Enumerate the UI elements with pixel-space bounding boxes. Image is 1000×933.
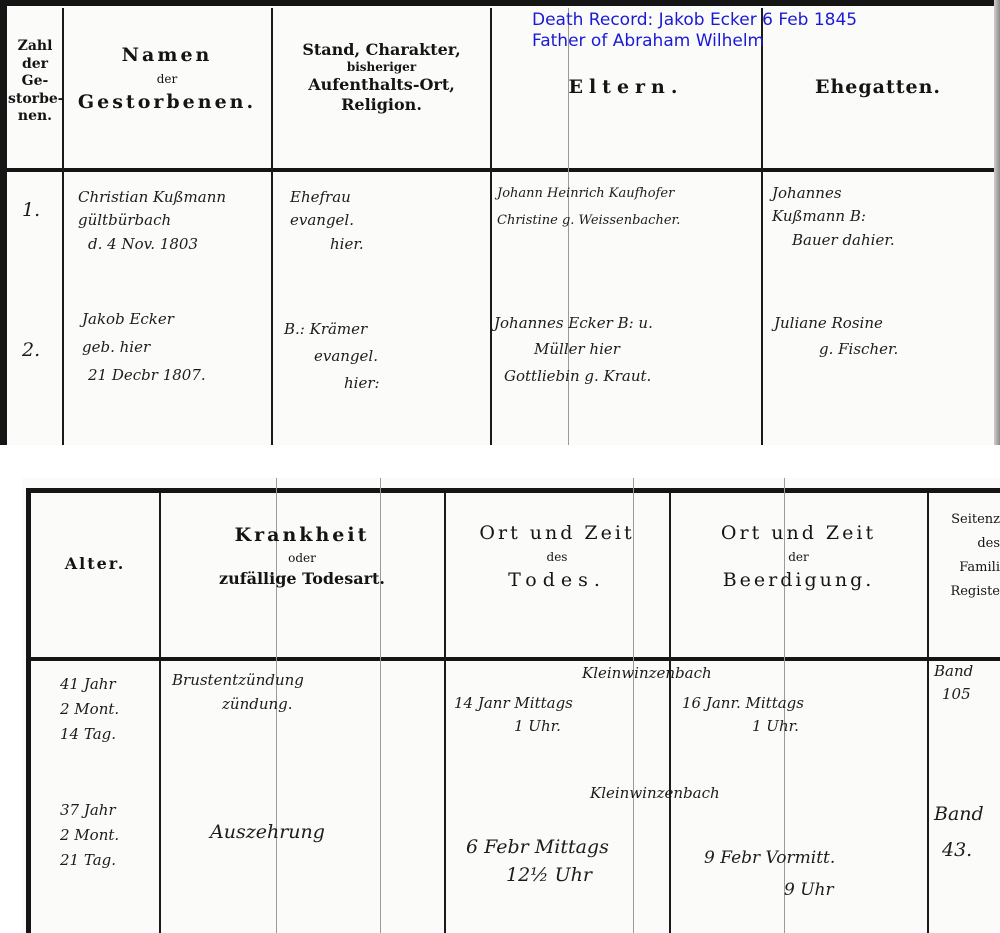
entry-text: hier. — [290, 233, 364, 256]
entry-text: Müller hier — [494, 336, 653, 362]
top-border — [26, 488, 1000, 493]
entry-place: Kleinwinzenbach — [582, 662, 712, 685]
entry-text: 2 Mont. — [60, 823, 119, 848]
entry-text: 105 — [934, 683, 973, 706]
header-text: der — [8, 56, 62, 74]
entry-text: 6 Febr Mittags — [466, 834, 609, 862]
entry-status: B.: Krämer evangel. hier: — [284, 316, 380, 397]
entry-text: d. 4 Nov. 1803 — [78, 233, 226, 256]
left-border — [0, 0, 7, 445]
entry-text: 9 Uhr — [704, 874, 835, 906]
entry-place: Kleinwinzenbach — [590, 782, 720, 805]
header-parents: Eltern. — [492, 76, 760, 100]
entry-text: gültbürbach — [78, 209, 226, 232]
header-text: Registe — [929, 580, 1000, 604]
entry-text: g. Fischer. — [774, 336, 898, 362]
entry-text: 21 Tag. — [60, 848, 119, 873]
entry-text: zündung. — [172, 692, 304, 716]
header-text: der — [671, 550, 926, 565]
entry-age: 37 Jahr 2 Mont. 21 Tag. — [60, 798, 119, 872]
entry-text: 9 Febr Vormitt. — [704, 842, 835, 874]
header-status: Stand, Charakter, bisheriger Aufenthalts… — [274, 40, 489, 115]
entry-text: 37 Jahr — [60, 798, 119, 823]
entry-text: Ehefrau — [290, 186, 364, 209]
header-text: Krankheit — [162, 524, 442, 548]
left-border — [26, 488, 31, 933]
entry-text: Gottliebin g. Kraut. — [494, 363, 653, 389]
header-text: Namen — [64, 44, 270, 68]
entry-text: 43. — [934, 832, 984, 868]
entry-text: Kußmann B: — [772, 205, 895, 228]
header-text: oder — [162, 551, 442, 566]
header-text: Aufenthalts-Ort, — [274, 75, 489, 95]
header-illness: Krankheit oder zufällige Todesart. — [162, 524, 442, 589]
entry-text: geb. hier — [82, 334, 206, 362]
header-age: Alter. — [32, 554, 158, 574]
column-divider — [271, 8, 273, 445]
header-text: Ehegatten. — [763, 76, 993, 100]
entry-text: hier: — [284, 370, 380, 397]
entry-text: Johann Heinrich Kaufhofer — [497, 180, 680, 207]
header-divider — [26, 657, 1000, 661]
entry-text: Band — [934, 796, 984, 832]
entry-parents: Johann Heinrich Kaufhofer Christine g. W… — [497, 180, 680, 235]
entry-text: 16 Janr. Mittags — [682, 692, 804, 715]
header-text: bisheriger — [274, 60, 489, 75]
annotation-title: Death Record: Jakob Ecker 6 Feb 1845 — [532, 10, 857, 31]
header-text: Religion. — [274, 95, 489, 115]
entry-parents: Johannes Ecker B: u. Müller hier Gottlie… — [494, 310, 653, 389]
header-text: Eltern. — [492, 76, 760, 100]
column-divider — [159, 492, 161, 933]
entry-register-page: Band 105 — [934, 660, 973, 705]
entry-illness: Auszehrung — [210, 818, 325, 847]
header-text: Alter. — [32, 554, 158, 574]
header-death: Ort und Zeit des Todes. — [446, 522, 668, 593]
header-names: Namen der Gestorbenen. — [64, 44, 270, 115]
header-text: Gestorbenen. — [64, 91, 270, 115]
entry-text: 12½ Uhr — [466, 862, 609, 890]
top-border — [0, 0, 1000, 6]
header-text: Seitenz — [929, 508, 1000, 532]
entry-number: 2. — [22, 336, 40, 365]
entry-text: Johannes Ecker B: u. — [494, 310, 653, 336]
header-text: des — [929, 532, 1000, 556]
entry-text: Christine g. Weissenbacher. — [497, 207, 680, 234]
entry-text: 14 Tag. — [60, 722, 119, 747]
entry-text: evangel. — [284, 343, 380, 370]
entry-text: B.: Krämer — [284, 316, 380, 343]
entry-text: Bauer dahier. — [772, 229, 895, 252]
entry-register-page: Band 43. — [934, 796, 984, 868]
entry-text: 1 Uhr. — [682, 715, 804, 738]
header-text: Famili — [929, 556, 1000, 580]
header-spouse: Ehegatten. — [763, 76, 993, 100]
entry-illness: Brustentzündung zündung. — [172, 668, 304, 716]
annotation-subtitle: Father of Abraham Wilhelm — [532, 31, 857, 52]
scan-edge — [994, 0, 1000, 445]
entry-text: Band — [934, 660, 973, 683]
header-text: Beerdigung. — [671, 569, 926, 593]
record-annotation: Death Record: Jakob Ecker 6 Feb 1845 Fat… — [532, 10, 857, 52]
entry-text: 14 Janr Mittags — [454, 692, 573, 715]
entry-number: 1. — [22, 196, 40, 225]
entry-burial-time: 16 Janr. Mittags 1 Uhr. — [682, 692, 804, 737]
header-text: Ort und Zeit — [446, 522, 668, 546]
entry-text: 41 Jahr — [60, 672, 119, 697]
register-page-top: Zahl der Ge- storbe- nen. Namen der Gest… — [0, 0, 1000, 445]
entry-name: Jakob Ecker geb. hier 21 Decbr 1807. — [82, 306, 206, 389]
entry-text: Brustentzündung — [172, 668, 304, 692]
entry-text: Johannes — [772, 182, 895, 205]
entry-text: Juliane Rosine — [774, 310, 898, 336]
entry-status: Ehefrau evangel. hier. — [290, 186, 364, 256]
entry-age: 41 Jahr 2 Mont. 14 Tag. — [60, 672, 119, 746]
header-text: des — [446, 550, 668, 565]
header-text: storbe- — [8, 91, 62, 109]
entry-death-time: 6 Febr Mittags 12½ Uhr — [466, 834, 609, 889]
entry-death-time: 14 Janr Mittags 1 Uhr. — [454, 692, 573, 737]
header-text: Ge- — [8, 73, 62, 91]
entry-text: Christian Kußmann — [78, 186, 226, 209]
header-text: Stand, Charakter, — [274, 40, 489, 60]
header-divider — [4, 168, 1000, 172]
header-text: zufällige Todesart. — [162, 569, 442, 589]
entry-text: evangel. — [290, 209, 364, 232]
header-register-page: Seitenz des Famili Registe — [929, 508, 1000, 604]
entry-text: Jakob Ecker — [82, 306, 206, 334]
header-text: Zahl — [8, 38, 62, 56]
entry-spouse: Johannes Kußmann B: Bauer dahier. — [772, 182, 895, 252]
column-divider — [490, 8, 492, 445]
column-divider — [761, 8, 763, 445]
entry-text: 2 Mont. — [60, 697, 119, 722]
register-page-bottom: Alter. Krankheit oder zufällige Todesart… — [22, 478, 1000, 933]
header-burial: Ort und Zeit der Beerdigung. — [671, 522, 926, 593]
header-text: der — [64, 72, 270, 87]
entry-name: Christian Kußmann gültbürbach d. 4 Nov. … — [78, 186, 226, 256]
entry-text: 1 Uhr. — [454, 715, 573, 738]
header-text: nen. — [8, 108, 62, 126]
header-number: Zahl der Ge- storbe- nen. — [8, 38, 62, 126]
header-text: Todes. — [446, 569, 668, 593]
entry-text: Auszehrung — [210, 818, 325, 847]
entry-text: 21 Decbr 1807. — [82, 362, 206, 390]
entry-burial-time: 9 Febr Vormitt. 9 Uhr — [704, 842, 835, 907]
entry-spouse: Juliane Rosine g. Fischer. — [774, 310, 898, 363]
header-text: Ort und Zeit — [671, 522, 926, 546]
